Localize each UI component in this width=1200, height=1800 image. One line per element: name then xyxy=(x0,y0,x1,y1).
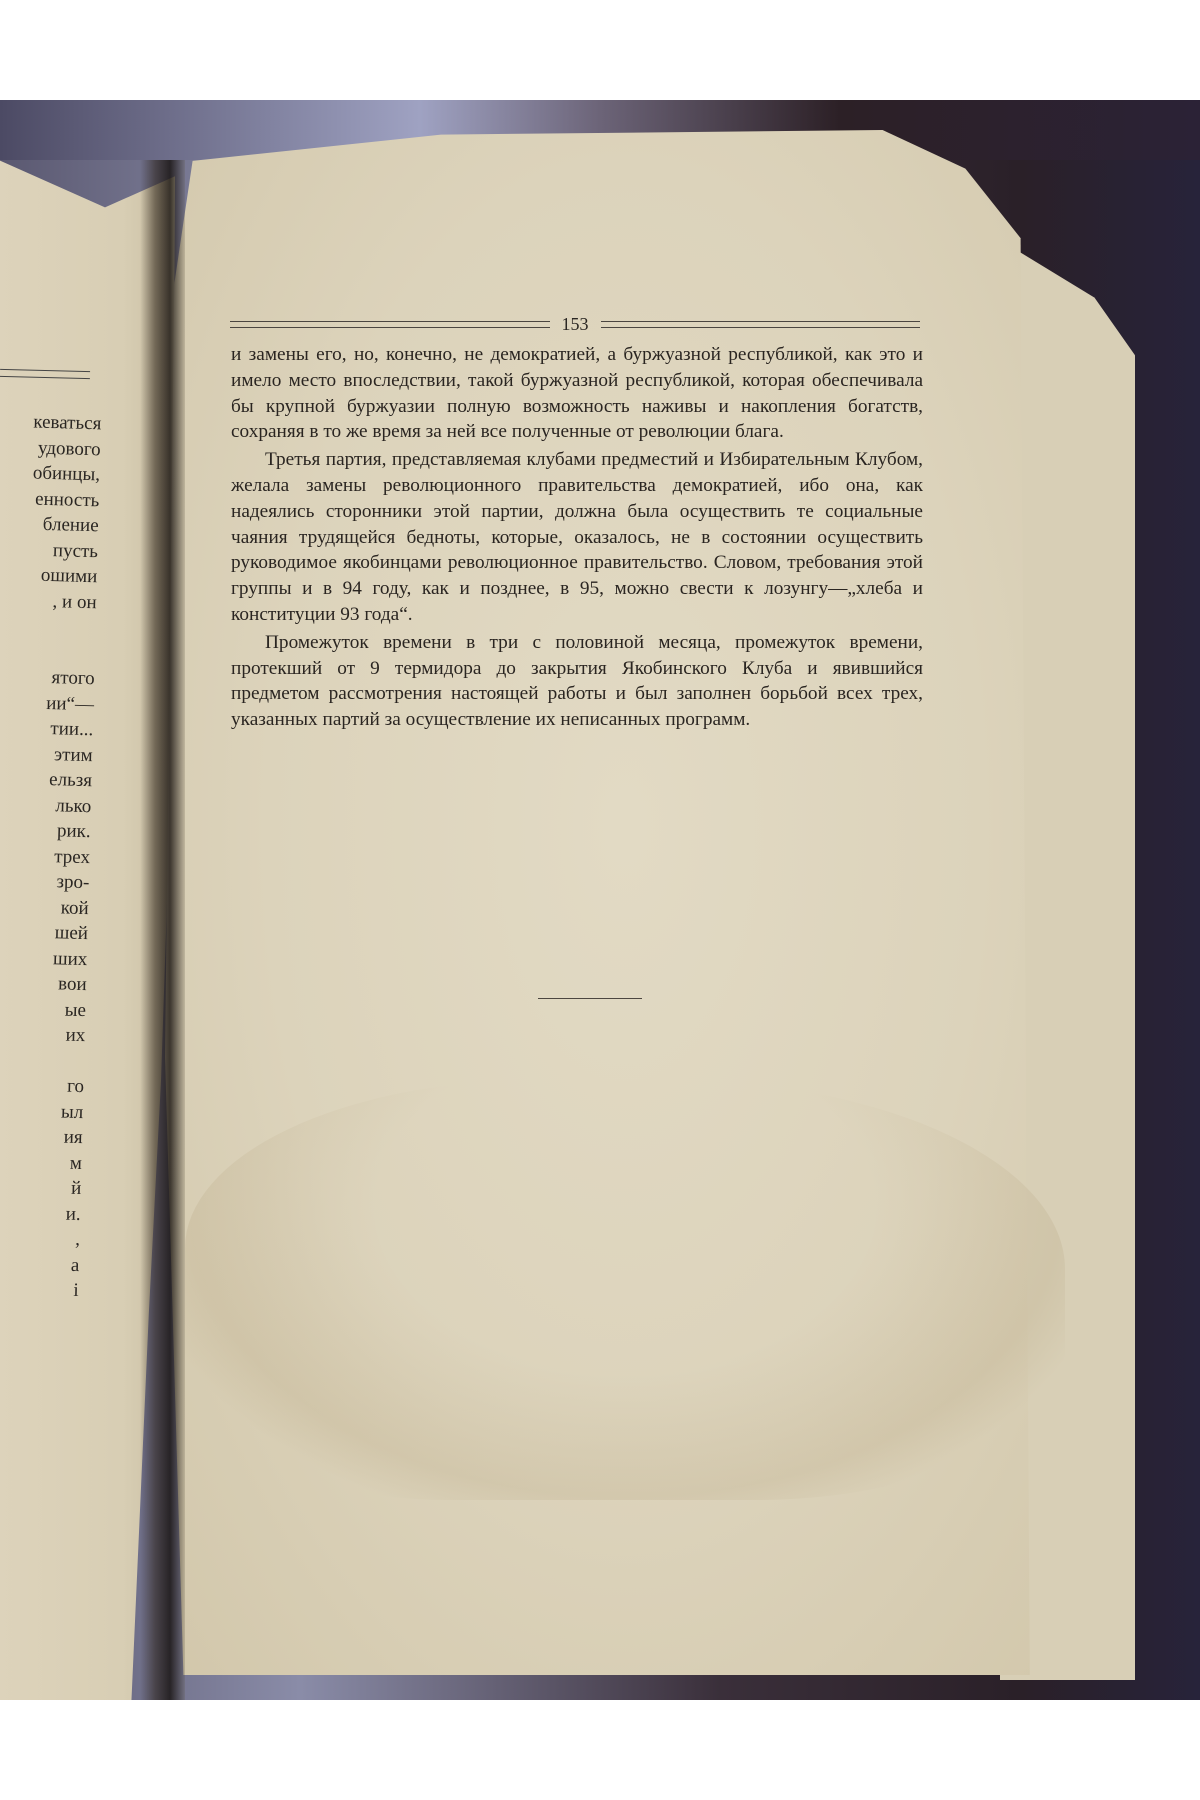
left-page-line: удового xyxy=(10,434,101,462)
page-number: 153 xyxy=(550,314,601,335)
left-page-line: го xyxy=(0,1072,84,1100)
left-page-line: енность xyxy=(9,485,100,513)
left-page-text-fragments: кеватьсяудовогообинцы,енностьблениепусть… xyxy=(0,409,102,1304)
header-rule-right xyxy=(601,321,921,328)
left-page-line: і xyxy=(0,1276,79,1304)
water-stain xyxy=(185,1080,1065,1500)
left-page-line: кеваться xyxy=(11,409,102,437)
left-page-line: и. xyxy=(0,1199,81,1227)
book-gutter-shadow xyxy=(140,160,185,1700)
header-rule-left xyxy=(230,321,550,328)
left-page-header-rule xyxy=(0,369,90,379)
left-page-line: , и он xyxy=(6,587,97,615)
section-end-rule xyxy=(538,998,642,999)
left-page-line: ые xyxy=(0,995,86,1023)
left-page-line: обинцы, xyxy=(10,460,101,488)
left-page-line: ельзя xyxy=(2,766,93,794)
left-page-line: , xyxy=(0,1225,80,1253)
page-header: 153 xyxy=(230,317,920,331)
left-page-line: шей xyxy=(0,919,88,947)
left-page-line: ыл xyxy=(0,1097,84,1125)
left-page-line: пусть xyxy=(8,536,99,564)
left-page-line: вои xyxy=(0,970,87,998)
left-page-line: лько xyxy=(1,791,92,819)
left-page-line: этим xyxy=(2,740,93,768)
left-page-line xyxy=(0,1046,85,1074)
left-page-line xyxy=(6,613,97,641)
left-page-line: ших xyxy=(0,944,88,972)
left-page-line: бление xyxy=(8,511,99,539)
left-page-line: кой xyxy=(0,893,89,921)
left-page-line: ия xyxy=(0,1123,83,1151)
left-page-line: а xyxy=(0,1250,80,1278)
page-body: и замены его, но, конечно, не демократие… xyxy=(231,342,923,733)
left-page-line: м xyxy=(0,1148,82,1176)
book-photo: кеватьсяудовогообинцы,енностьблениепусть… xyxy=(0,100,1200,1700)
left-page-line: их xyxy=(0,1021,86,1049)
left-page-line: ошими xyxy=(7,562,98,590)
left-page-line: тии... xyxy=(3,715,94,743)
left-page-line xyxy=(5,638,96,666)
paragraph: Третья партия, представляемая клубами пр… xyxy=(231,447,923,628)
left-page-line: зро- xyxy=(0,868,90,896)
left-page-line: трех xyxy=(0,842,90,870)
left-page-line: ятого xyxy=(4,664,95,692)
left-page-line: ии“— xyxy=(4,689,95,717)
left-page-line: рик. xyxy=(0,817,91,845)
left-page-line: й xyxy=(0,1174,82,1202)
paragraph: Промежуток времени в три с половиной мес… xyxy=(231,630,923,733)
paragraph: и замены его, но, конечно, не демократие… xyxy=(231,342,923,445)
